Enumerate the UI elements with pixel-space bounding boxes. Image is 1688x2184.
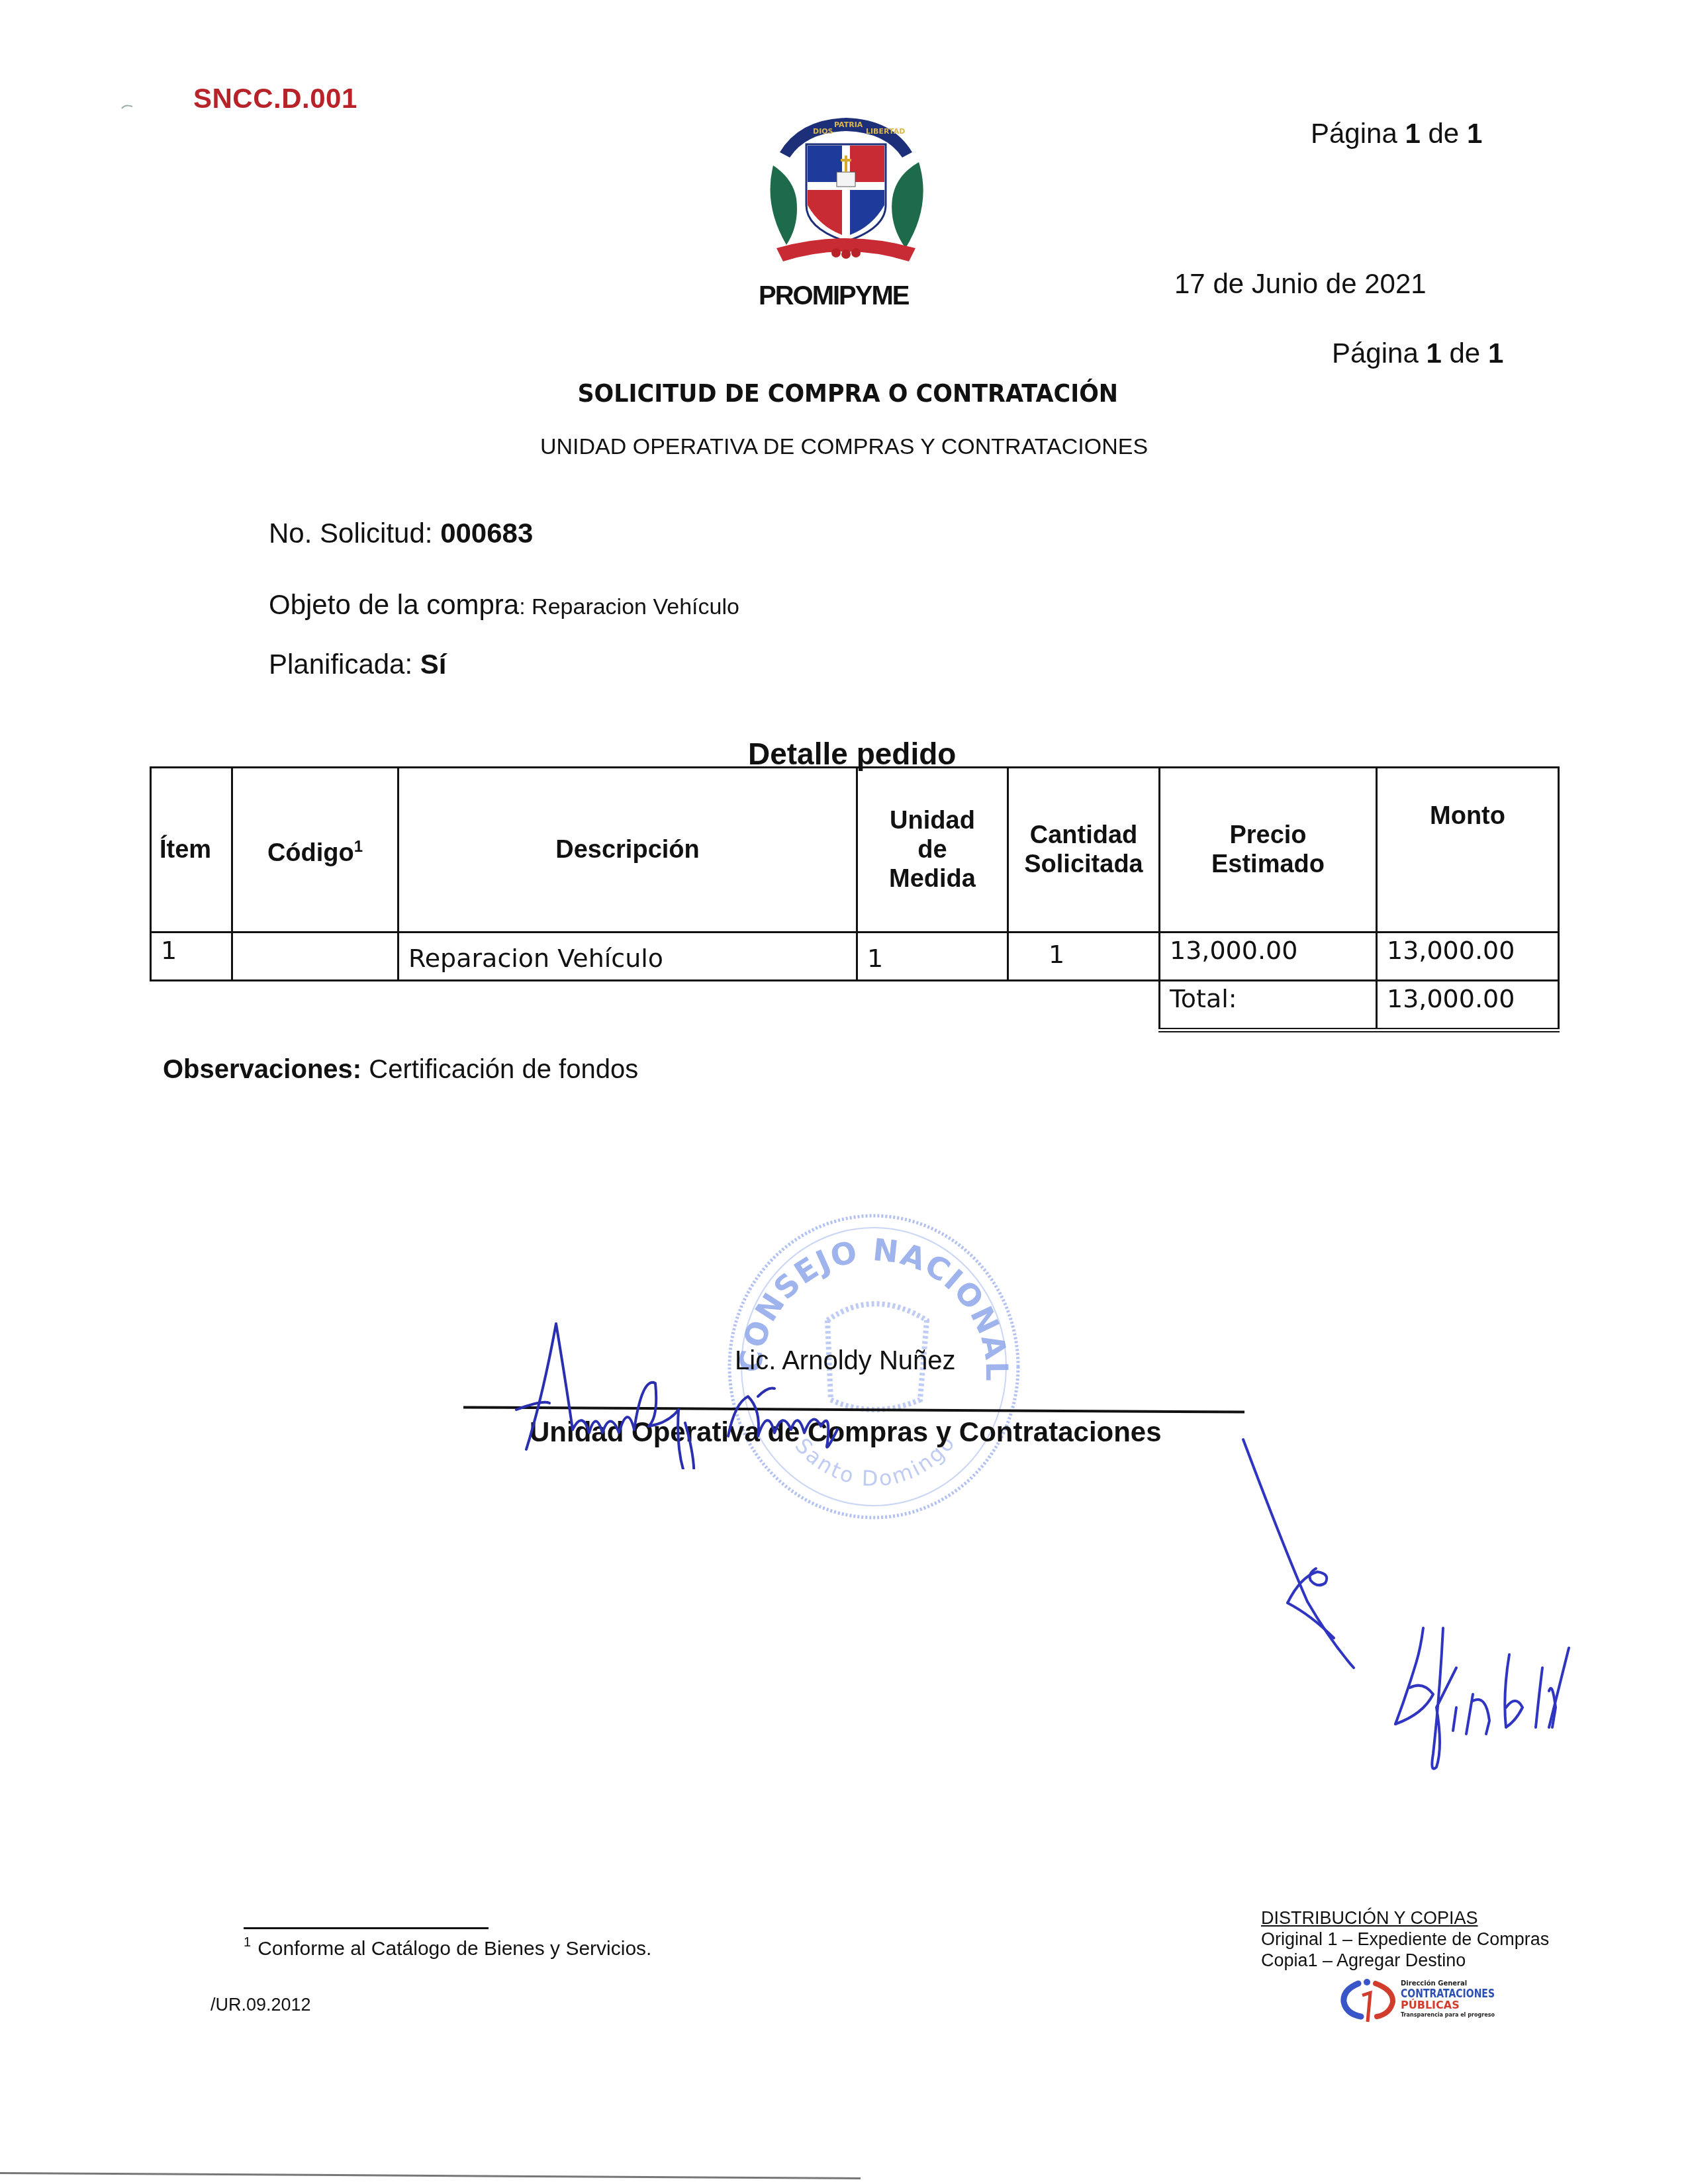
cell-price: 13,000.00 xyxy=(1160,933,1377,981)
total-spacer xyxy=(151,981,1160,1030)
footnote-mark: 1 xyxy=(244,1935,251,1950)
page-label: Página xyxy=(1311,118,1405,149)
document-subtitle: UNIDAD OPERATIVA DE COMPRAS Y CONTRATACI… xyxy=(0,434,1688,460)
document-title: SOLICITUD DE COMPRA O CONTRATACIÓN xyxy=(68,379,1624,408)
page-current: 1 xyxy=(1405,118,1420,149)
motto-dios: DIOS xyxy=(813,127,833,136)
page-indicator-secondary: Página 1 de 1 xyxy=(1332,338,1503,369)
dgcp-line1: Dirección General xyxy=(1401,1979,1467,1987)
document-date: 17 de Junio de 2021 xyxy=(1174,268,1427,300)
distribution-line: Copia1 – Agregar Destino xyxy=(1261,1950,1549,1971)
footnote-text: Conforme al Catálogo de Bienes y Servici… xyxy=(258,1938,651,1960)
coat-of-arms-icon: DIOS PATRIA LIBERTAD xyxy=(760,106,932,278)
total-value: 13,000.00 xyxy=(1377,981,1559,1030)
request-number-label: No. Solicitud: xyxy=(269,518,440,549)
total-label: Total: xyxy=(1160,981,1377,1030)
footnote-divider xyxy=(244,1927,489,1929)
page-label: Página xyxy=(1332,338,1426,369)
table-row: 1 Reparacion Vehículo 1 1 13,000.00 13,0… xyxy=(151,933,1559,981)
planned-value: Sí xyxy=(420,649,447,680)
page-current: 1 xyxy=(1426,338,1441,369)
request-number: No. Solicitud: 000683 xyxy=(269,518,533,549)
cell-unit: 1 xyxy=(857,933,1008,981)
table-header-row: Ítem Código1 Descripción UnidaddeMedida … xyxy=(151,768,1559,933)
footnote: 1Conforme al Catálogo de Bienes y Servic… xyxy=(244,1938,651,1960)
column-header-amount: Monto xyxy=(1377,768,1559,933)
handwritten-approval-mark-icon xyxy=(1225,1430,1635,1820)
footnote-ref: 1 xyxy=(354,838,363,856)
svg-text:PATRIA: PATRIA xyxy=(834,120,863,129)
page-indicator-top: Página 1 de 1 xyxy=(1311,118,1482,150)
dgcp-logo-icon: Dirección General CONTRATACIONES PÚBLICA… xyxy=(1337,1976,1496,2025)
column-header-description: Descripción xyxy=(399,768,857,933)
dgcp-line4: Transparencia para el progreso xyxy=(1401,2012,1495,2019)
column-header-estimated-price: PrecioEstimado xyxy=(1160,768,1377,933)
column-header-item: Ítem xyxy=(151,768,232,933)
observations-value: Certificación de fondos xyxy=(369,1055,638,1084)
purchase-object: Objeto de la compra: Reparacion Vehículo xyxy=(269,589,739,621)
request-number-value: 000683 xyxy=(440,518,533,549)
observations-label: Observaciones: xyxy=(163,1055,369,1084)
column-header-code: Código1 xyxy=(232,768,399,933)
column-header-quantity: CantidadSolicitada xyxy=(1008,768,1160,933)
planned-status: Planificada: Sí xyxy=(269,649,447,680)
cell-amount: 13,000.00 xyxy=(1377,933,1559,981)
scan-artifact-icon xyxy=(121,103,133,109)
cell-code xyxy=(232,933,399,981)
order-detail-table: Ítem Código1 Descripción UnidaddeMedida … xyxy=(150,766,1560,1032)
svg-text:LIBERTAD: LIBERTAD xyxy=(866,127,905,136)
distribution-line: Original 1 – Expediente de Compras xyxy=(1261,1929,1549,1950)
column-header-unit: UnidaddeMedida xyxy=(857,768,1008,933)
document-code: SNCC.D.001 xyxy=(193,83,357,114)
cell-quantity: 1 xyxy=(1008,933,1160,981)
total-row: Total: 13,000.00 xyxy=(151,981,1559,1030)
page-of: de xyxy=(1442,338,1488,369)
planned-label: Planificada: xyxy=(269,649,420,680)
form-revision: /UR.09.2012 xyxy=(211,1995,311,2015)
observations: Observaciones: Certificación de fondos xyxy=(163,1055,638,1085)
dgcp-line3: PÚBLICAS xyxy=(1401,1999,1460,2011)
cell-description: Reparacion Vehículo xyxy=(399,933,857,981)
distribution-title: DISTRIBUCIÓN Y COPIAS xyxy=(1261,1907,1549,1929)
purchase-object-value: : Reparacion Vehículo xyxy=(519,594,739,619)
handwritten-signature-icon xyxy=(457,1310,1053,1469)
page-of: de xyxy=(1421,118,1467,149)
scan-edge-divider xyxy=(0,2172,861,2179)
distribution-copies: DISTRIBUCIÓN Y COPIAS Original 1 – Exped… xyxy=(1261,1907,1549,1971)
page-total: 1 xyxy=(1467,118,1482,149)
page-total: 1 xyxy=(1488,338,1503,369)
organization-name: PROMIPYME xyxy=(759,281,898,311)
purchase-object-label: Objeto de la compra xyxy=(269,589,519,620)
cell-item: 1 xyxy=(151,933,232,981)
